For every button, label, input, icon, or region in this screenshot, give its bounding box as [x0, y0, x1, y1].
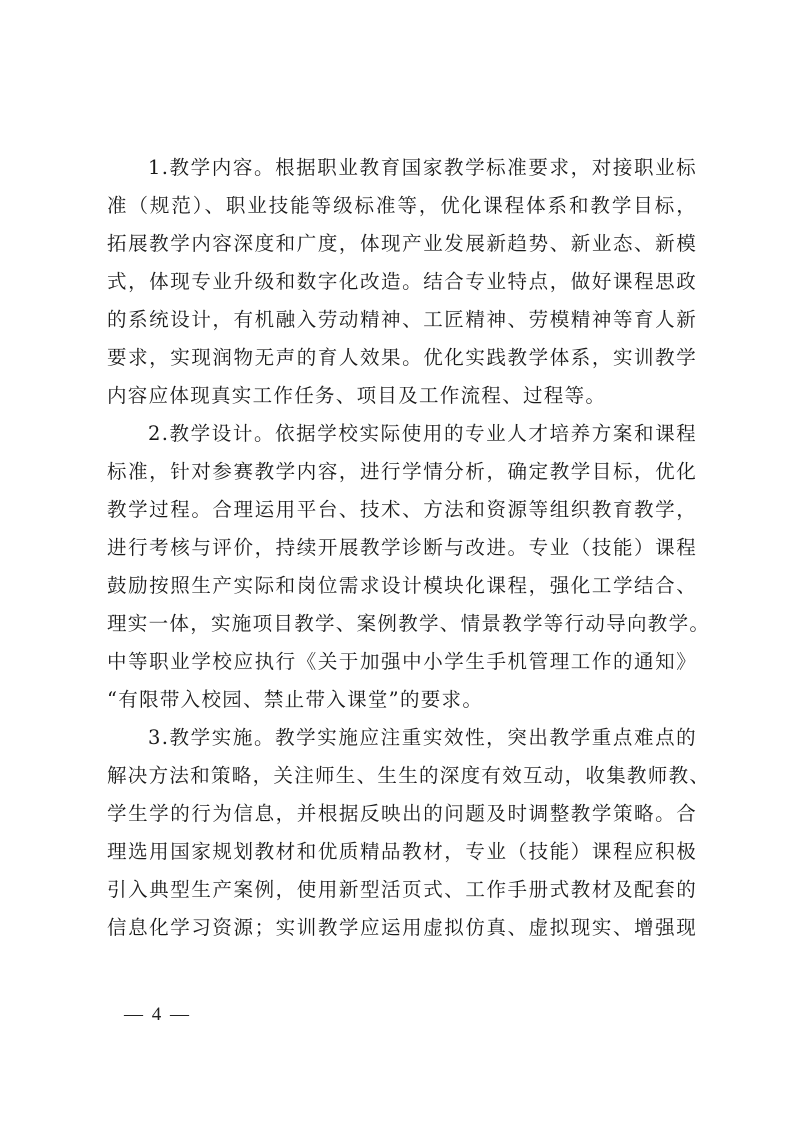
- text-line: 引入典型生产案例，使用新型活页式、工作手册式教材及配套的: [107, 871, 697, 909]
- page-number: — 4 —: [124, 1004, 191, 1026]
- text-line: 要求，实现润物无声的育人效果。优化实践教学体系，实训教学: [107, 339, 697, 377]
- text-line: 学生学的行为信息，并根据反映出的问题及时调整教学策略。合: [107, 795, 697, 833]
- text-line: 进行考核与评价，持续开展教学诊断与改进。专业（技能）课程: [107, 529, 697, 567]
- paragraph-teaching-content: 1.教学内容。根据职业教育国家教学标准要求，对接职业标 准（规范）、职业技能等级…: [107, 149, 697, 415]
- text-line: 的系统设计，有机融入劳动精神、工匠精神、劳模精神等育人新: [107, 301, 697, 339]
- text-line: 拓展教学内容深度和广度，体现产业发展新趋势、新业态、新模: [107, 225, 697, 263]
- text-line: 1.教学内容。根据职业教育国家教学标准要求，对接职业标: [107, 149, 697, 187]
- body-text: 1.教学内容。根据职业教育国家教学标准要求，对接职业标 准（规范）、职业技能等级…: [107, 149, 697, 947]
- text-line: 教学过程。合理运用平台、技术、方法和资源等组织教育教学，: [107, 491, 697, 529]
- text-line: “有限带入校园、禁止带入课堂”的要求。: [107, 681, 697, 719]
- document-page: 1.教学内容。根据职业教育国家教学标准要求，对接职业标 准（规范）、职业技能等级…: [0, 0, 793, 1122]
- text-line: 中等职业学校应执行《关于加强中小学生手机管理工作的通知》: [107, 643, 697, 681]
- text-line: 解决方法和策略，关注师生、生生的深度有效互动，收集教师教、: [107, 757, 697, 795]
- paragraph-teaching-design: 2.教学设计。依据学校实际使用的专业人才培养方案和课程 标准，针对参赛教学内容，…: [107, 415, 697, 719]
- text-line: 准（规范）、职业技能等级标准等，优化课程体系和教学目标，: [107, 187, 697, 225]
- text-line: 2.教学设计。依据学校实际使用的专业人才培养方案和课程: [107, 415, 697, 453]
- paragraph-teaching-implementation: 3.教学实施。教学实施应注重实效性，突出教学重点难点的 解决方法和策略，关注师生…: [107, 719, 697, 947]
- text-line: 标准，针对参赛教学内容，进行学情分析，确定教学目标，优化: [107, 453, 697, 491]
- text-line: 理选用国家规划教材和优质精品教材，专业（技能）课程应积极: [107, 833, 697, 871]
- text-line: 信息化学习资源；实训教学应运用虚拟仿真、虚拟现实、增强现: [107, 909, 697, 947]
- text-line: 理实一体，实施项目教学、案例教学、情景教学等行动导向教学。: [107, 605, 697, 643]
- text-line: 式，体现专业升级和数字化改造。结合专业特点，做好课程思政: [107, 263, 697, 301]
- text-line: 3.教学实施。教学实施应注重实效性，突出教学重点难点的: [107, 719, 697, 757]
- text-line: 鼓励按照生产实际和岗位需求设计模块化课程，强化工学结合、: [107, 567, 697, 605]
- text-line: 内容应体现真实工作任务、项目及工作流程、过程等。: [107, 377, 697, 415]
